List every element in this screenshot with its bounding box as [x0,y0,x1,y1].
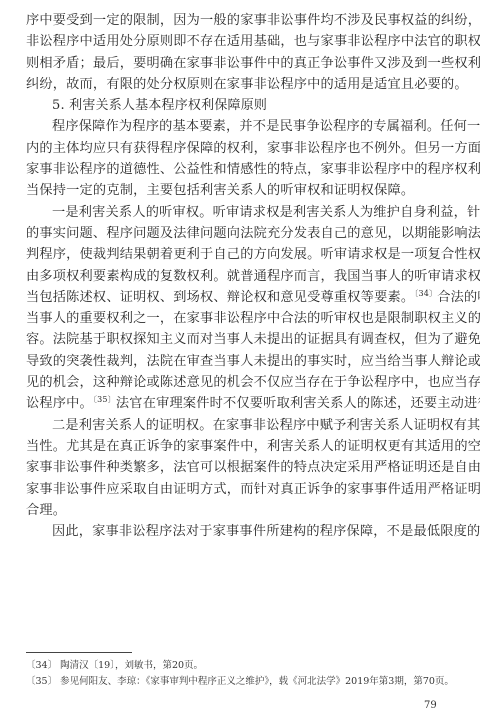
text-line: 程序保障作为程序的基本要素，并不是民事争讼程序的专属福利。任何一项程序 [26,116,456,137]
text-line: 由多项权利要素构成的复数权利。就普通程序而言，我国当事人的听审请求权通常应 [26,266,456,287]
text-line: 纠纷，故而，有限的处分权原则在家事非讼程序中的适用是适宜且必要的。 [26,74,456,95]
line-text: 合法的听审权成为 [437,290,480,305]
paragraph-dispositive-conclusion: 序中要受到一定的限制，因为一般的家事非讼事件均不涉及民事权益的纠纷，在家事 非讼… [26,10,456,95]
footnote-ref-35[interactable]: 〔35〕 [93,395,116,404]
text-line: 内的主体均应只有获得程序保障的权利，家事非讼程序也不例外。但另一方面，基于 [26,138,456,159]
paragraph-conclusion: 因此，家事非讼程序法对于家事事件所建构的程序保障，不是最低限度的保障而 [26,521,456,542]
footnote-35: 〔35〕 参见何阳友、李琼：《家事审判中程序正义之维护》，载《河北法学》2019… [26,674,466,690]
text-line: 讼程序中。〔35〕法官在审理案件时不仅要听取利害关系人的陈述，还要主动进行释明。 [26,393,456,414]
body-text: 序中要受到一定的限制，因为一般的家事非讼事件均不涉及民事权益的纠纷，在家事 非讼… [26,10,456,542]
text-line: 的事实问题、程序问题及法律问题向法院充分发表自己的意见，以期能影响法院的审 [26,223,456,244]
text-line: 家事非讼事件应采取自由证明方式，而针对真正诉争的家事事件适用严格证明方式更 [26,479,456,500]
text-line: 容。法院基于职权探知主义而对当事人未提出的证据具有调查权，但为了避免因此而 [26,329,456,350]
text-line: 当保持一定的克制，主要包括利害关系人的听审权和证明权保障。 [26,180,456,201]
text-line: 家事非讼事件种类繁多，法官可以根据案件的特点决定采用严格证明还是自由证明。 [26,457,456,478]
footnotes: 〔34〕 陶清汉〔19〕，刘敏书，第20页。 〔35〕 参见何阳友、李琼：《家事… [26,658,466,690]
footnote-ref-34[interactable]: 〔34〕 [414,289,437,298]
paragraph-right-to-be-heard: 一是利害关系人的听审权。听审请求权是利害关系人为维护自身利益，针对案件 的事实问… [26,202,456,415]
document-page: 序中要受到一定的限制，因为一般的家事非讼事件均不涉及民事权益的纠纷，在家事 非讼… [0,0,480,720]
text-line: 当事人的重要权利之一，在家事非讼程序中合法的听审权也是限制职权主义的重要内 [26,308,456,329]
text-line: 二是利害关系人的证明权。在家事非讼程序中赋予利害关系人证明权有其正 [26,415,456,436]
text-line: 合理。 [26,500,456,521]
text-line: 见的机会，这种辩论或陈述意见的机会不仅应当存在于争讼程序中，也应当存在于非 [26,372,456,393]
paragraph-right-to-prove: 二是利害关系人的证明权。在家事非讼程序中赋予利害关系人证明权有其正 当性。尤其是… [26,415,456,521]
text-line: 序中要受到一定的限制，因为一般的家事非讼事件均不涉及民事权益的纠纷，在家事 [26,10,456,31]
text-line: 当性。尤其是在真正诉争的家事案件中，利害关系人的证明权更有其适用的空间。 [26,436,456,457]
text-line: 一是利害关系人的听审权。听审请求权是利害关系人为维护自身利益，针对案件 [26,202,456,223]
line-text: 法官在审理案件时不仅要听取利害关系人的陈述，还要主动进行释明。 [116,396,480,411]
text-line: 则相矛盾；最后，要明确在家事非讼事件中的真正争讼事件又涉及到一些权利义务的 [26,53,456,74]
text-line: 非讼程序中适用处分原则即不存在适用基础，也与家事非讼程序中法官的职权主义原 [26,31,456,52]
footnote-text: 参见何阳友、李琼：《家事审判中程序正义之维护》，载《河北法学》2019年第3期，… [60,676,454,687]
text-line: 判程序，使裁判结果朝着更利于自己的方向发展。听审请求权是一项复合性权利，是 [26,244,456,265]
footnote-label: 〔34〕 [26,660,57,671]
text-line: 家事非讼程序的道德性、公益性和情感性的特点，家事非讼程序中的程序权利保障应 [26,159,456,180]
text-line: 导致的突袭性裁判，法院在审查当事人未提出的事实时，应当给当事人辩论或陈述意 [26,351,456,372]
line-text: 讼程序中。 [26,396,93,411]
footnote-divider [26,652,132,653]
footnote-label: 〔35〕 [26,676,57,687]
paragraph-procedural-guarantee: 程序保障作为程序的基本要素，并不是民事争讼程序的专属福利。任何一项程序 内的主体… [26,116,456,201]
footnote-text: 陶清汉〔19〕，刘敏书，第20页。 [60,660,203,671]
line-text: 当包括陈述权、证明权、到场权、辩论权和意见受尊重权等要素。 [26,290,414,305]
footnote-34: 〔34〕 陶清汉〔19〕，刘敏书，第20页。 [26,658,466,674]
text-line: 因此，家事非讼程序法对于家事事件所建构的程序保障，不是最低限度的保障而 [26,521,456,542]
text-line: 当包括陈述权、证明权、到场权、辩论权和意见受尊重权等要素。〔34〕合法的听审权成… [26,287,456,308]
page-number: 79 [424,700,437,711]
section-heading: 5. 利害关系人基本程序权利保障原则 [26,95,456,116]
